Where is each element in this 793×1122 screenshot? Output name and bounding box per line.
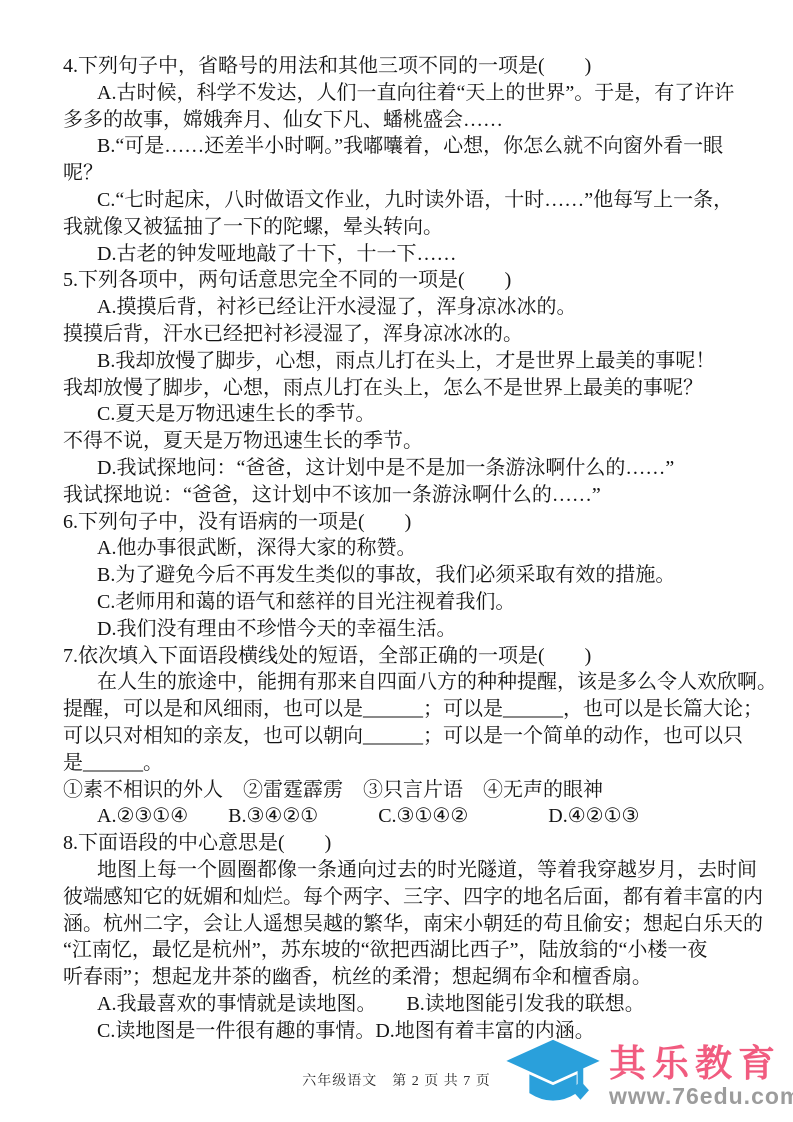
text-line: D.古老的钟发哑地敲了十下，十一下……: [63, 241, 743, 268]
question-6: 6.下列句子中，没有语病的一项是( )A.他办事很武断，深得大家的称赞。B.为了…: [63, 509, 743, 643]
text-line: B.“可是……还差半小时啊。”我嘟囔着，心想，你怎么就不向窗外看一眼: [63, 133, 743, 160]
text-line: 6.下列句子中，没有语病的一项是( ): [63, 509, 743, 536]
text-line: 5.下列各项中，两句话意思完全不同的一项是( ): [63, 267, 743, 294]
text-line: 8.下面语段的中心意思是( ): [63, 830, 743, 857]
text-line: C.“七时起床，八时做语文作业，九时读外语，十时……”他每写上一条，: [63, 187, 743, 214]
text-line: D.我试探地问：“爸爸，这计划中是不是加一条游泳啊什么的……”: [63, 455, 743, 482]
text-line: 听春雨”；想起龙井茶的幽香，杭丝的柔滑；想起绸布伞和檀香扇。: [63, 964, 743, 991]
brand-url: www.76edu.com: [609, 1084, 793, 1109]
text-line: 不得不说，夏天是万物迅速生长的季节。: [63, 428, 743, 455]
text-line: C.老师用和蔼的语气和慈祥的目光注视着我们。: [63, 589, 743, 616]
question-7: 7.依次填入下面语段横线处的短语，全部正确的一项是( )在人生的旅途中，能拥有那…: [63, 643, 743, 831]
question-5: 5.下列各项中，两句话意思完全不同的一项是( )A.摸摸后背，衬衫已经让汗水浸湿…: [63, 267, 743, 508]
text-line: C.夏天是万物迅速生长的季节。: [63, 401, 743, 428]
brand-name: 其乐教育: [609, 1044, 793, 1084]
exam-content: 4.下列句子中，省略号的用法和其他三项不同的一项是( )A.古时候，科学不发达，…: [63, 53, 743, 1044]
text-line: 在人生的旅途中，能拥有那来自四面八方的种种提醒，该是多么令人欢欣啊。: [63, 669, 743, 696]
text-line: 多多的故事，嫦娥奔月、仙女下凡、蟠桃盛会……: [63, 107, 743, 134]
text-line: 我试探地说：“爸爸，这计划中不该加一条游泳啊什么的……”: [63, 482, 743, 509]
text-line: 彼端感知它的妩媚和灿烂。每个两字、三字、四字的地名后面，都有着丰富的内: [63, 884, 743, 911]
question-8: 8.下面语段的中心意思是( )地图上每一个圆圈都像一条通向过去的时光隧道，等着我…: [63, 830, 743, 1044]
text-line: A.古时候，科学不发达，人们一直向往着“天上的世界”。于是，有了许许: [63, 80, 743, 107]
text-line: D.我们没有理由不珍惜今天的幸福生活。: [63, 616, 743, 643]
text-line: A.②③①④ B.③④②① C.③①④② D.④②①③: [63, 803, 743, 830]
text-line: 可以只对相知的亲友，也可以朝向______；可以是一个简单的动作，也可以只: [63, 723, 743, 750]
text-line: 地图上每一个圆圈都像一条通向过去的时光隧道，等着我穿越岁月，去时间: [63, 857, 743, 884]
question-4: 4.下列句子中，省略号的用法和其他三项不同的一项是( )A.古时候，科学不发达，…: [63, 53, 743, 267]
text-line: A.摸摸后背，衬衫已经让汗水浸湿了，浑身凉冰冰的。: [63, 294, 743, 321]
text-line: B.我却放慢了脚步，心想，雨点儿打在头上，才是世界上最美的事呢！: [63, 348, 743, 375]
text-line: B.为了避免今后不再发生类似的事故，我们必须采取有效的措施。: [63, 562, 743, 589]
text-line: 涵。杭州二字，会让人遥想吴越的繁华，南宋小朝廷的苟且偷安；想起白乐天的: [63, 911, 743, 938]
text-line: A.我最喜欢的事情就是读地图。 B.读地图能引发我的联想。: [63, 991, 743, 1018]
footer-text: 六年级语文 第 2 页 共 7 页: [302, 1074, 491, 1089]
exam-page: 4.下列句子中，省略号的用法和其他三项不同的一项是( )A.古时候，科学不发达，…: [0, 0, 793, 1122]
text-line: A.他办事很武断，深得大家的称赞。: [63, 535, 743, 562]
text-line: 7.依次填入下面语段横线处的短语，全部正确的一项是( ): [63, 643, 743, 670]
watermark-text: 其乐教育 www.76edu.com: [609, 1044, 793, 1109]
text-line: 呢？: [63, 160, 743, 187]
graduation-cap-icon: [501, 1034, 605, 1120]
text-line: 提醒，可以是和风细雨，也可以是______；可以是______，也可以是长篇大论…: [63, 696, 743, 723]
text-line: 是______。: [63, 750, 743, 777]
text-line: “江南忆，最忆是杭州”，苏东坡的“欲把西湖比西子”，陆放翁的“小楼一夜: [63, 937, 743, 964]
watermark-logo: 其乐教育 www.76edu.com: [501, 1034, 793, 1120]
text-line: 我却放慢了脚步，心想，雨点儿打在头上，怎么不是世界上最美的事呢？: [63, 375, 743, 402]
text-line: ①素不相识的外人 ②雷霆霹雳 ③只言片语 ④无声的眼神: [63, 777, 743, 804]
text-line: 摸摸后背，汗水已经把衬衫浸湿了，浑身凉冰冰的。: [63, 321, 743, 348]
text-line: 我就像又被猛抽了一下的陀螺，晕头转向。: [63, 214, 743, 241]
text-line: 4.下列句子中，省略号的用法和其他三项不同的一项是( ): [63, 53, 743, 80]
